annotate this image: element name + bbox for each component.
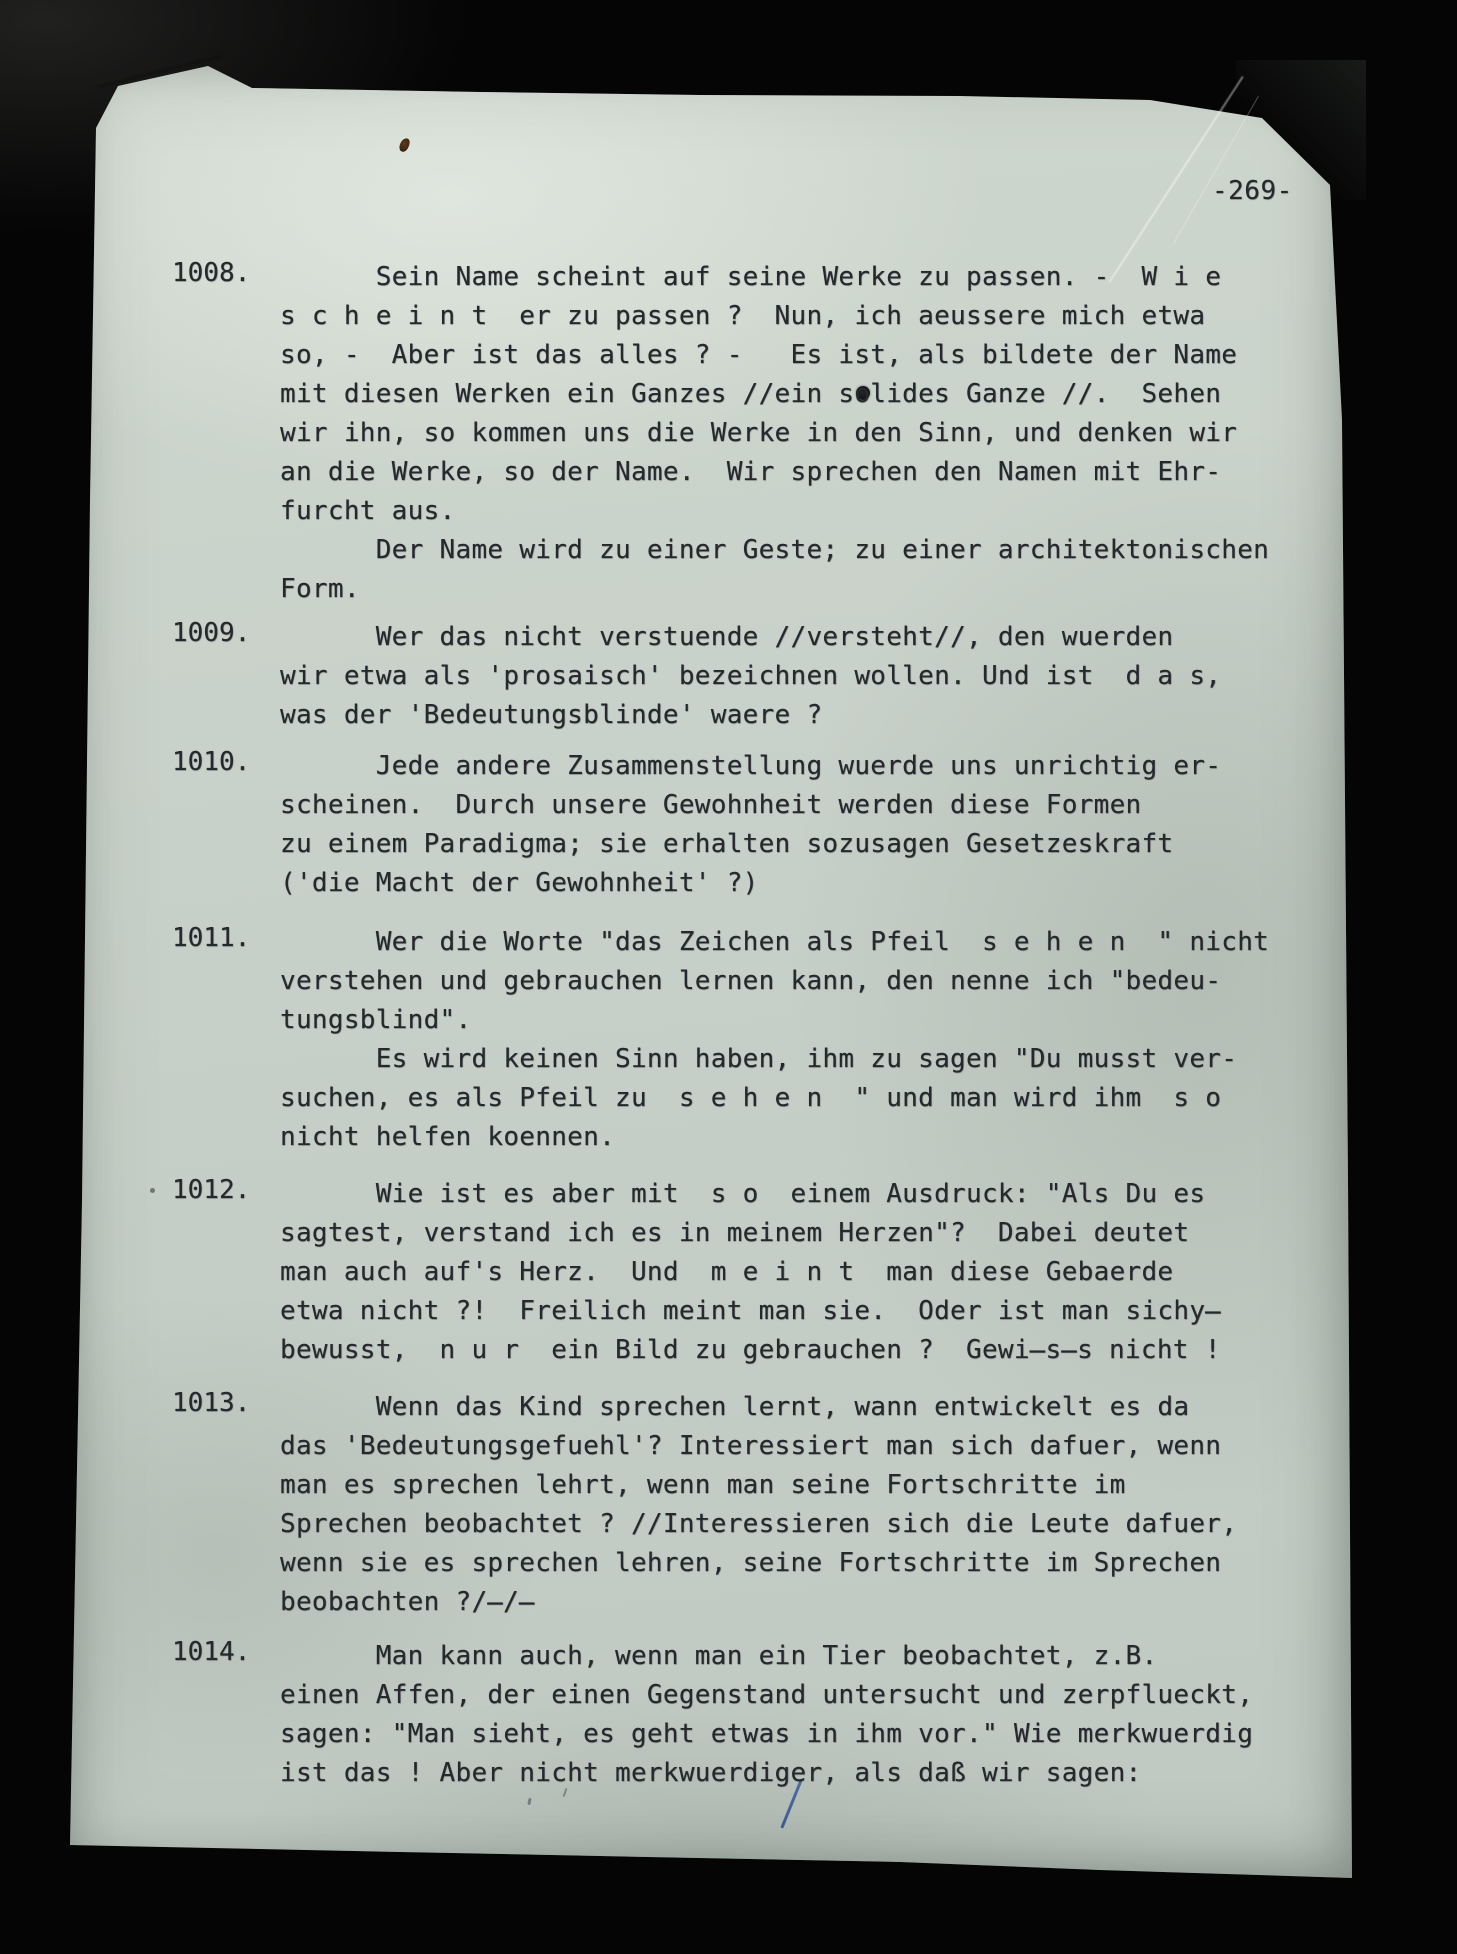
text-line: man auch auf's Herz. Und m e i n t man d… (280, 1253, 1221, 1292)
text-line: Wie ist es aber mit s o einem Ausdruck: … (280, 1175, 1221, 1214)
text-line: Jede andere Zusammenstellung wuerde uns … (280, 747, 1221, 786)
text-line: Wenn das Kind sprechen lernt, wann entwi… (280, 1388, 1237, 1427)
text-line: Wer das nicht verstuende //versteht//, d… (280, 618, 1221, 657)
paragraph-number: 1011. (172, 923, 250, 953)
text-line: beobachten ?/̶/̶ (280, 1583, 1237, 1622)
scan-background: -269- 1008. Sein Name scheint auf seine … (0, 0, 1457, 1954)
text-line: s c h e i n t er zu passen ? Nun, ich ae… (280, 297, 1269, 336)
text-line: Sprechen beobachtet ? //Interessieren si… (280, 1505, 1237, 1544)
paragraph-number: 1014. (172, 1637, 250, 1667)
paragraph-lines: Sein Name scheint auf seine Werke zu pas… (280, 258, 1269, 609)
text-line: das 'Bedeutungsgefuehl'? Interessiert ma… (280, 1427, 1237, 1466)
text-line: wenn sie es sprechen lehren, seine Forts… (280, 1544, 1237, 1583)
text-line: suchen, es als Pfeil zu s e h e n " und … (280, 1079, 1269, 1118)
text-line: ist das ! Aber nicht merkwuerdiger, als … (280, 1754, 1253, 1793)
text-line: Wer die Worte "das Zeichen als Pfeil s e… (280, 923, 1269, 962)
paragraph-number: 1012. (172, 1175, 250, 1205)
text-line: tungsblind". (280, 1001, 1269, 1040)
text-line: mit diesen Werken ein Ganzes //ein solid… (280, 375, 1269, 414)
text-line: so, - Aber ist das alles ? - Es ist, als… (280, 336, 1269, 375)
paragraph-number: 1008. (172, 258, 250, 288)
text-line: Sein Name scheint auf seine Werke zu pas… (280, 258, 1269, 297)
text-line: man es sprechen lehrt, wenn man seine Fo… (280, 1466, 1237, 1505)
text-line: sagen: "Man sieht, es geht etwas in ihm … (280, 1715, 1253, 1754)
text-line: was der 'Bedeutungsblinde' waere ? (280, 696, 1221, 735)
paragraph-lines: Wenn das Kind sprechen lernt, wann entwi… (280, 1388, 1237, 1622)
page-number: -269- (1212, 176, 1293, 206)
text-line: scheinen. Durch unsere Gewohnheit werden… (280, 786, 1221, 825)
paragraph-lines: Man kann auch, wenn man ein Tier beobach… (280, 1637, 1253, 1793)
text-line: nicht helfen koennen. (280, 1118, 1269, 1157)
text-line: Es wird keinen Sinn haben, ihm zu sagen … (280, 1040, 1269, 1079)
text-line: Man kann auch, wenn man ein Tier beobach… (280, 1637, 1253, 1676)
text-line: etwa nicht ?! Freilich meint man sie. Od… (280, 1292, 1221, 1331)
paragraph-number: 1013. (172, 1388, 250, 1418)
text-line: wir ihn, so kommen uns die Werke in den … (280, 414, 1269, 453)
text-line: einen Affen, der einen Gegenstand unters… (280, 1676, 1253, 1715)
text-line: bewusst, n u r ein Bild zu gebrauchen ? … (280, 1331, 1221, 1370)
text-line: ('die Macht der Gewohnheit' ?) (280, 864, 1221, 903)
paragraph-number: 1009. (172, 618, 250, 648)
text-line: verstehen und gebrauchen lernen kann, de… (280, 962, 1269, 1001)
paragraph-lines: Wer das nicht verstuende //versteht//, d… (280, 618, 1221, 735)
text-line: wir etwa als 'prosaisch' bezeichnen woll… (280, 657, 1221, 696)
paragraph-number: 1010. (172, 747, 250, 777)
text-line: sagtest, verstand ich es in meinem Herze… (280, 1214, 1221, 1253)
paragraph-lines: Jede andere Zusammenstellung wuerde uns … (280, 747, 1221, 903)
paragraph-lines: Wie ist es aber mit s o einem Ausdruck: … (280, 1175, 1221, 1370)
text-line: Form. (280, 570, 1269, 609)
text-line: an die Werke, so der Name. Wir sprechen … (280, 453, 1269, 492)
text-line: furcht aus. (280, 492, 1269, 531)
paragraph-lines: Wer die Worte "das Zeichen als Pfeil s e… (280, 923, 1269, 1157)
text-line: zu einem Paradigma; sie erhalten sozusag… (280, 825, 1221, 864)
page-content: -269- 1008. Sein Name scheint auf seine … (0, 0, 1457, 1954)
text-line: Der Name wird zu einer Geste; zu einer a… (280, 531, 1269, 570)
